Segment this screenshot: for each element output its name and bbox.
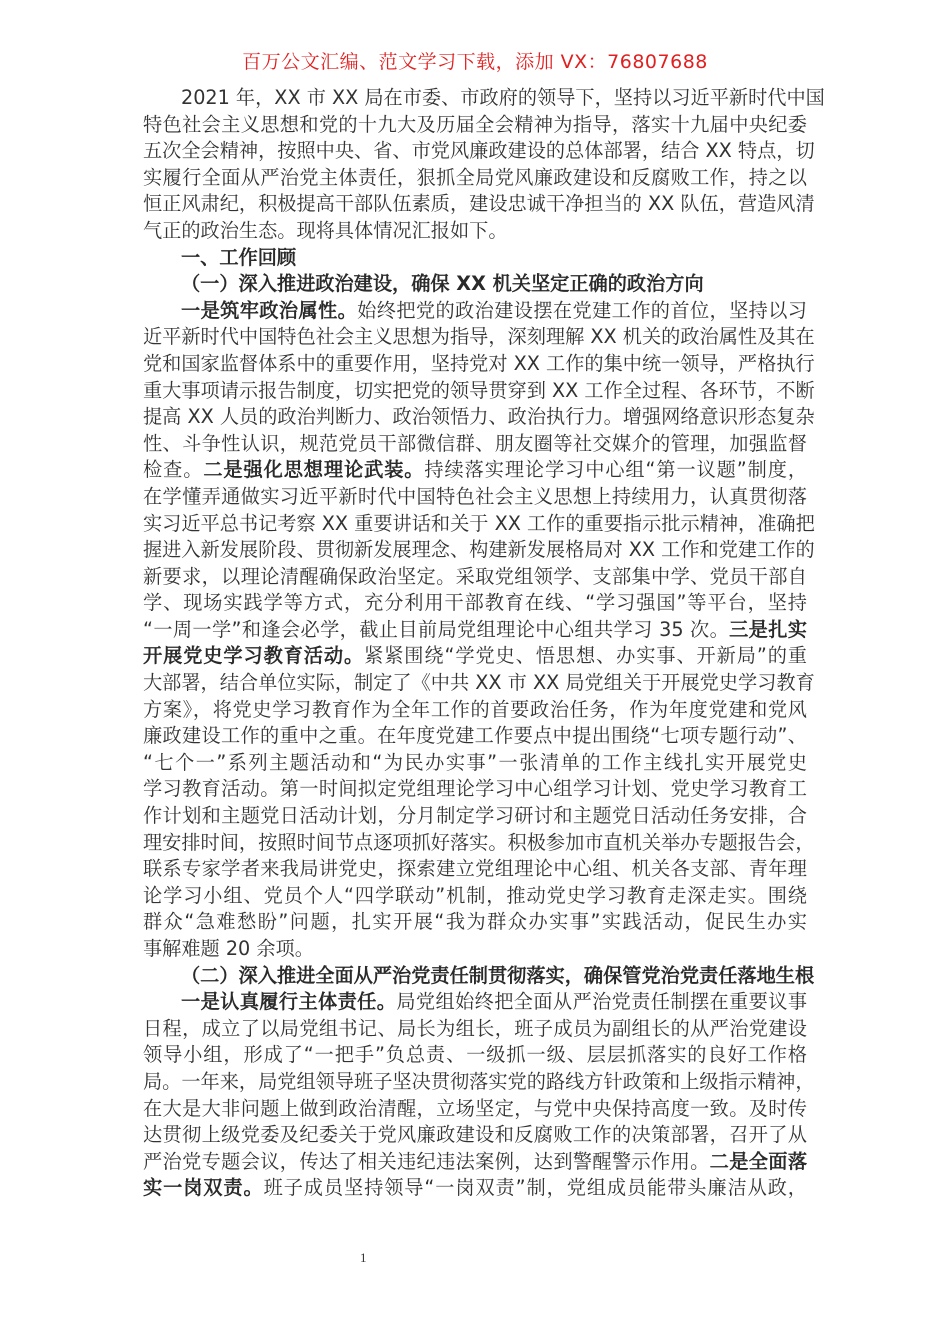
body-text: 新要求，以理论清醒确保政治坚定。采取党组领学、支部集中学、党员干部自 <box>143 565 807 588</box>
body-text: 联系专家学者来我局讲党史，探索建立党组理论中心组、机关各支部、青年理 <box>143 857 807 880</box>
body-text: 学习教育活动。第一时间拟定党组理论学习中心组学习计划、党史学习教育工 <box>143 777 807 800</box>
body-text: 群众“急难愁盼”问题，扎实开展“我为群众办实事”实践活动，促民生办实 <box>143 910 807 933</box>
text-line: “七个一”系列主题活动和“为民办实事”一张清单的工作主线扎实开展党史 <box>143 750 807 777</box>
text-line: 新要求，以理论清醒确保政治坚定。采取党组领学、支部集中学、党员干部自 <box>143 564 807 591</box>
body-text: 理安排时间，按照时间节点逐项抓好落实。积极参加市直机关举办专题报告会， <box>143 831 815 854</box>
body-text: “一周一学”和逢会必学，截止目前局党组理论中心组共学习 35 次。 <box>143 618 729 641</box>
text-line: 一是筑牢政治属性。始终把党的政治建设摆在党建工作的首位，坚持以习 <box>143 298 807 325</box>
text-line: 党和国家监督体系中的重要作用，坚持党对 XX 工作的集中统一领导，严格执行 <box>143 351 807 378</box>
bold-heading-text: 一是筑牢政治属性。 <box>181 299 357 322</box>
text-line: 联系专家学者来我局讲党史，探索建立党组理论中心组、机关各支部、青年理 <box>143 856 807 883</box>
body-text: 大部署，结合单位实际，制定了《中共 XX 市 XX 局党组关于开展党史学习教育 <box>143 671 815 694</box>
body-text: 作计划和主题党日活动计划，分月制定学习研讨和主题党日活动任务安排，合 <box>143 804 807 827</box>
bold-heading-text: 三是扎实 <box>729 618 807 641</box>
text-line: 作计划和主题党日活动计划，分月制定学习研讨和主题党日活动任务安排，合 <box>143 803 807 830</box>
body-text: 方案》，将党史学习教育作为全年工作的首要政治任务，作为年度党建和党风 <box>143 698 807 721</box>
bold-heading-text: （二）深入推进全面从严治党责任制贯彻落实，确保管党治党责任落地生根 <box>181 964 814 987</box>
text-line: 性、斗争性认识，规范党员干部微信群、朋友圈等社交媒介的管理，加强监督 <box>143 431 807 458</box>
text-line: 近平新时代中国特色社会主义思想为指导，深刻理解 XX 机关的政治属性及其在 <box>143 324 807 351</box>
text-line: 一是认真履行主体责任。局党组始终把全面从严治党责任制摆在重要议事 <box>143 989 807 1016</box>
body-text: 气正的政治生态。现将具体情况汇报如下。 <box>143 219 508 242</box>
body-text: 达贯彻上级党委及纪委关于党风廉政建设和反腐败工作的决策部署，召开了从 <box>143 1123 807 1146</box>
body-text: 恒正风肃纪，积极提高干部队伍素质，建设忠诚干净担当的 XX 队伍，营造风清 <box>143 192 815 215</box>
body-text: 检查。 <box>143 458 203 481</box>
body-text: 实习近平总书记考察 XX 重要讲话和关于 XX 工作的重要指示批示精神，准确把 <box>143 512 815 535</box>
bold-heading-text: 一、工作回顾 <box>181 246 296 269</box>
text-line: 握进入新发展阶段、贯彻新发展理念、构建新发展格局对 XX 工作和党建工作的 <box>143 537 807 564</box>
body-text: 握进入新发展阶段、贯彻新发展理念、构建新发展格局对 XX 工作和党建工作的 <box>143 538 815 561</box>
text-line: “一周一学”和逢会必学，截止目前局党组理论中心组共学习 35 次。三是扎实 <box>143 617 807 644</box>
body-text: 日程，成立了以局党组书记、局长为组长，班子成员为副组长的从严治党建设 <box>143 1017 807 1040</box>
bold-heading-text: 二是全面落 <box>710 1150 807 1173</box>
body-text: 在学懂弄通做实习近平新时代中国特色社会主义思想上持续用力，认真贯彻落 <box>143 485 807 508</box>
body-text: 重大事项请示报告制度，切实把党的领导贯穿到 XX 工作全过程、各环节，不断 <box>143 379 815 402</box>
body-text: 局。一年来，局党组领导班子坚决贯彻落实党的路线方针政策和上级指示精神， <box>143 1070 815 1093</box>
text-line: 重大事项请示报告制度，切实把党的领导贯穿到 XX 工作全过程、各环节，不断 <box>143 378 807 405</box>
body-text: “七个一”系列主题活动和“为民办实事”一张清单的工作主线扎实开展党史 <box>143 751 807 774</box>
text-line: 局。一年来，局党组领导班子坚决贯彻落实党的路线方针政策和上级指示精神， <box>143 1069 807 1096</box>
body-text: 2021 年，XX 市 XX 局在市委、市政府的领导下，坚持以习近平新时代中国 <box>181 86 825 109</box>
text-line: 廉政建设工作的重中之重。在年度党建工作要点中提出围绕“七项专题行动”、 <box>143 723 807 750</box>
body-text: 廉政建设工作的重中之重。在年度党建工作要点中提出围绕“七项专题行动”、 <box>143 724 807 747</box>
text-line: 实习近平总书记考察 XX 重要讲话和关于 XX 工作的重要指示批示精神，准确把 <box>143 511 807 538</box>
text-line: 论学习小组、党员个人“四学联动”机制，推动党史学习教育走深走实。围绕 <box>143 883 807 910</box>
body-text: 党和国家监督体系中的重要作用，坚持党对 XX 工作的集中统一领导，严格执行 <box>143 352 815 375</box>
text-line: 检查。二是强化思想理论武装。持续落实理论学习中心组“第一议题”制度， <box>143 457 807 484</box>
text-line: 五次全会精神，按照中央、省、市党风廉政建设的总体部署，结合 XX 特点，切 <box>143 138 807 165</box>
text-line: 在学懂弄通做实习近平新时代中国特色社会主义思想上持续用力，认真贯彻落 <box>143 484 807 511</box>
text-line: 特色社会主义思想和党的十九大及历届全会精神为指导，落实十九届中央纪委 <box>143 112 807 139</box>
body-text: 特色社会主义思想和党的十九大及历届全会精神为指导，落实十九届中央纪委 <box>143 113 807 136</box>
watermark-banner: 百万公文汇编、范文学习下载，添加 VX：76807688 <box>0 47 950 74</box>
body-text: 班子成员坚持领导“一岗双责”制，党组成员能带头廉洁从政， <box>264 1176 807 1199</box>
text-line: 2021 年，XX 市 XX 局在市委、市政府的领导下，坚持以习近平新时代中国 <box>143 85 807 112</box>
text-line: 方案》，将党史学习教育作为全年工作的首要政治任务，作为年度党建和党风 <box>143 697 807 724</box>
bold-heading-text: 二是强化思想理论武装。 <box>203 458 424 481</box>
bold-heading-text: 实一岗双责。 <box>143 1176 264 1199</box>
text-line: 提高 XX 人员的政治判断力、政治领悟力、政治执行力。增强网络意识形态复杂 <box>143 404 807 431</box>
text-line: 领导小组，形成了“一把手”负总责、一级抓一级、层层抓落实的良好工作格 <box>143 1042 807 1069</box>
text-line: 开展党史学习教育活动。紧紧围绕“学党史、悟思想、办实事、开新局”的重 <box>143 643 807 670</box>
body-text: 领导小组，形成了“一把手”负总责、一级抓一级、层层抓落实的良好工作格 <box>143 1043 807 1066</box>
text-line: 理安排时间，按照时间节点逐项抓好落实。积极参加市直机关举办专题报告会， <box>143 830 807 857</box>
text-line: 学、现场实践学等方式，充分利用干部教育在线、“学习强国”等平台，坚持 <box>143 590 807 617</box>
body-text: 提高 XX 人员的政治判断力、政治领悟力、政治执行力。增强网络意识形态复杂 <box>143 405 815 428</box>
body-text: 事解难题 20 余项。 <box>143 937 314 960</box>
body-text: 紧紧围绕“学党史、悟思想、办实事、开新局”的重 <box>364 644 807 667</box>
body-text: 性、斗争性认识，规范党员干部微信群、朋友圈等社交媒介的管理，加强监督 <box>143 432 807 455</box>
text-line: 日程，成立了以局党组书记、局长为组长，班子成员为副组长的从严治党建设 <box>143 1016 807 1043</box>
bold-heading-text: （一）深入推进政治建设，确保 XX 机关坚定正确的政治方向 <box>181 272 704 295</box>
text-line: 在大是大非问题上做到政治清醒，立场坚定，与党中央保持高度一致。及时传 <box>143 1096 807 1123</box>
document-body: 2021 年，XX 市 XX 局在市委、市政府的领导下，坚持以习近平新时代中国特… <box>143 85 807 1202</box>
bold-heading-text: 一是认真履行主体责任。 <box>181 990 396 1013</box>
text-line: 实履行全面从严治党主体责任，狠抓全局党风廉政建设和反腐败工作，持之以 <box>143 165 807 192</box>
body-text: 始终把党的政治建设摆在党建工作的首位，坚持以习 <box>357 299 807 322</box>
body-text: 局党组始终把全面从严治党责任制摆在重要议事 <box>396 990 807 1013</box>
page-number: 1 <box>360 1250 367 1266</box>
text-line: 群众“急难愁盼”问题，扎实开展“我为群众办实事”实践活动，促民生办实 <box>143 909 807 936</box>
body-text: 近平新时代中国特色社会主义思想为指导，深刻理解 XX 机关的政治属性及其在 <box>143 325 815 348</box>
text-line: 事解难题 20 余项。 <box>143 936 807 963</box>
text-line: 严治党专题会议，传达了相关违纪违法案例，达到警醒警示作用。二是全面落 <box>143 1149 807 1176</box>
text-line: 实一岗双责。班子成员坚持领导“一岗双责”制，党组成员能带头廉洁从政， <box>143 1175 807 1202</box>
text-line: 大部署，结合单位实际，制定了《中共 XX 市 XX 局党组关于开展党史学习教育 <box>143 670 807 697</box>
body-text: 实履行全面从严治党主体责任，狠抓全局党风廉政建设和反腐败工作，持之以 <box>143 166 807 189</box>
text-line: 恒正风肃纪，积极提高干部队伍素质，建设忠诚干净担当的 XX 队伍，营造风清 <box>143 191 807 218</box>
body-text: 学、现场实践学等方式，充分利用干部教育在线、“学习强国”等平台，坚持 <box>143 591 807 614</box>
text-line: 一、工作回顾 <box>143 245 807 272</box>
text-line: （一）深入推进政治建设，确保 XX 机关坚定正确的政治方向 <box>143 271 807 298</box>
body-text: 论学习小组、党员个人“四学联动”机制，推动党史学习教育走深走实。围绕 <box>143 884 807 907</box>
body-text: 严治党专题会议，传达了相关违纪违法案例，达到警醒警示作用。 <box>143 1150 710 1173</box>
body-text: 在大是大非问题上做到政治清醒，立场坚定，与党中央保持高度一致。及时传 <box>143 1097 807 1120</box>
body-text: 五次全会精神，按照中央、省、市党风廉政建设的总体部署，结合 XX 特点，切 <box>143 139 815 162</box>
body-text: 持续落实理论学习中心组“第一议题”制度， <box>424 458 807 481</box>
bold-heading-text: 开展党史学习教育活动。 <box>143 644 364 667</box>
text-line: 学习教育活动。第一时间拟定党组理论学习中心组学习计划、党史学习教育工 <box>143 776 807 803</box>
text-line: （二）深入推进全面从严治党责任制贯彻落实，确保管党治党责任落地生根 <box>143 963 807 990</box>
text-line: 达贯彻上级党委及纪委关于党风廉政建设和反腐败工作的决策部署，召开了从 <box>143 1122 807 1149</box>
text-line: 气正的政治生态。现将具体情况汇报如下。 <box>143 218 807 245</box>
